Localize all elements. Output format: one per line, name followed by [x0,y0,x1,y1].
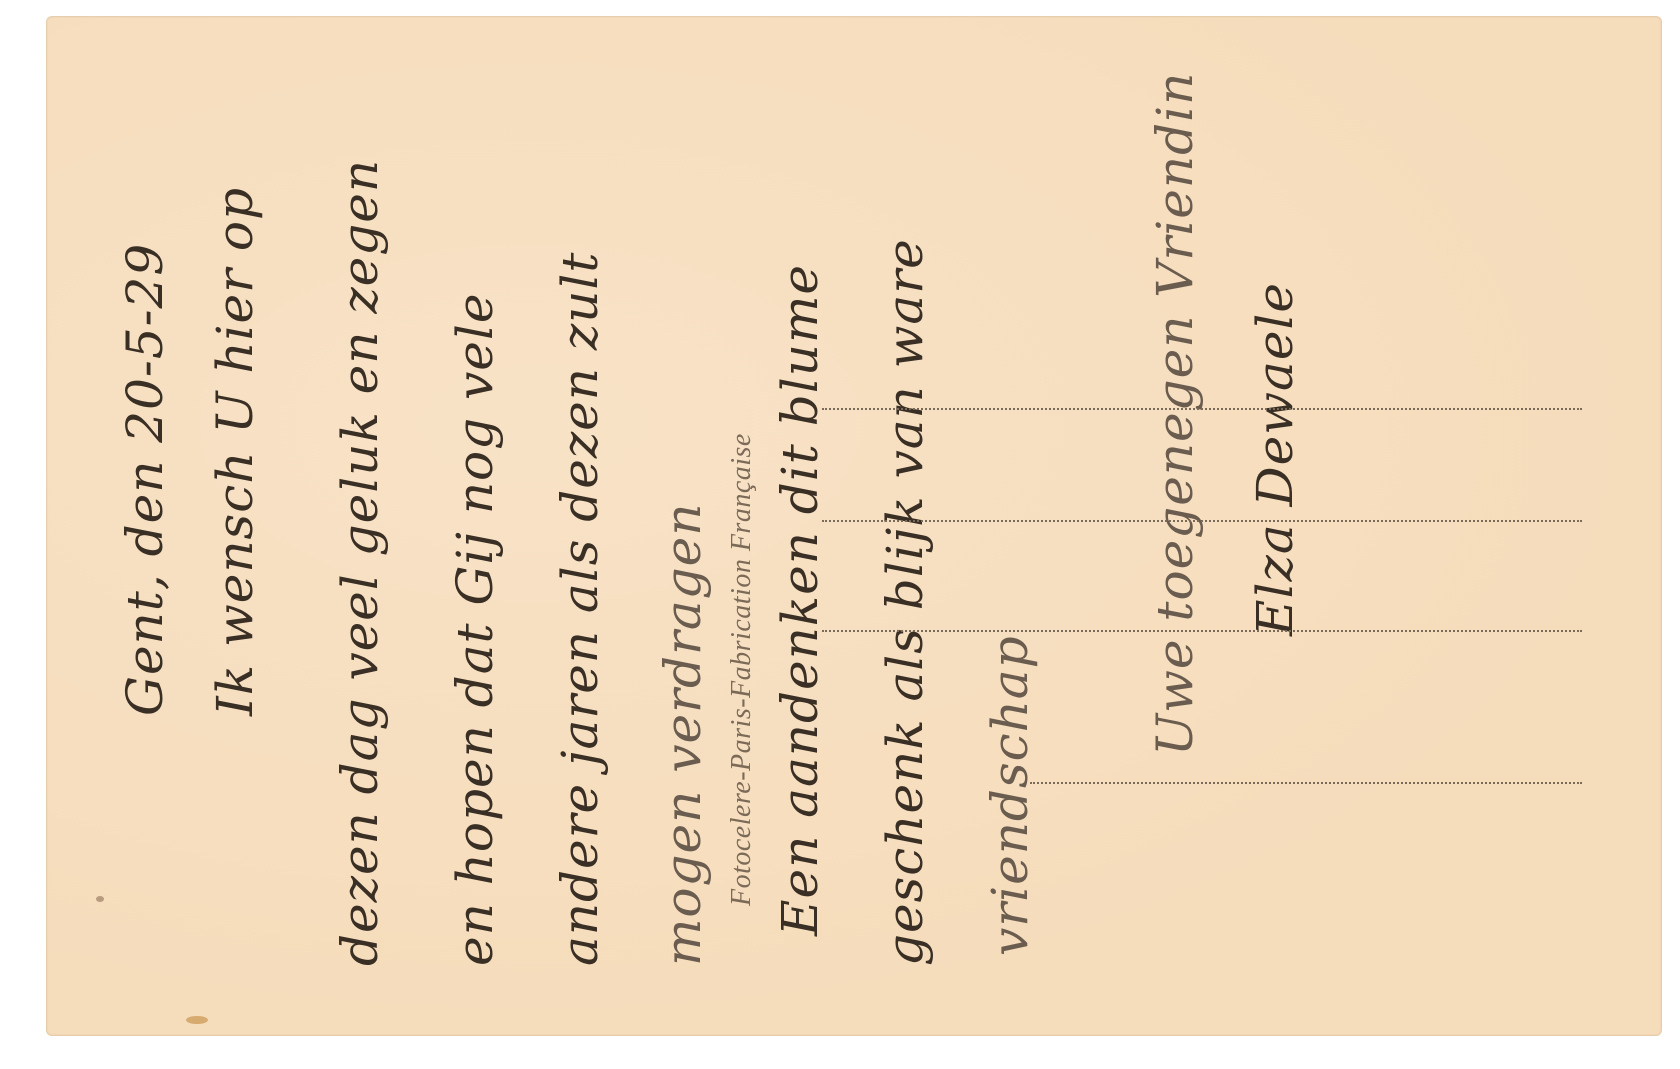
address-line-3 [822,630,1582,632]
closing-line: Uwe toegenegen Vriendin [1146,72,1204,756]
message-line-4: andere jaren als dezen zult [551,252,609,967]
publisher-imprint: Fotocelere-Paris-Fabrication Française [726,433,758,906]
message-line-6: Een aandenken dit blume [771,264,829,936]
address-line-4 [1030,782,1582,784]
message-line-2: dezen dag veel geluk en zegen [331,159,389,966]
postcard-back: Gent, den 20-5-29 Ik wensch U hier op de… [46,16,1662,1036]
message-line-5: mogen verdragen [654,503,712,966]
address-line-2 [822,520,1582,522]
message-line-7: geschenk als blijk van ware [876,238,934,966]
stain-mark [96,896,104,902]
message-line-3: en hopen dat Gij nog vele [446,293,504,966]
signature: Elza Dewaele [1246,282,1304,636]
date-line: Gent, den 20-5-29 [116,243,174,716]
stain-mark [186,1016,208,1024]
address-line-1 [822,408,1582,410]
message-line-8: vriendschap [981,635,1039,956]
message-line-1: Ik wensch U hier op [206,187,264,716]
